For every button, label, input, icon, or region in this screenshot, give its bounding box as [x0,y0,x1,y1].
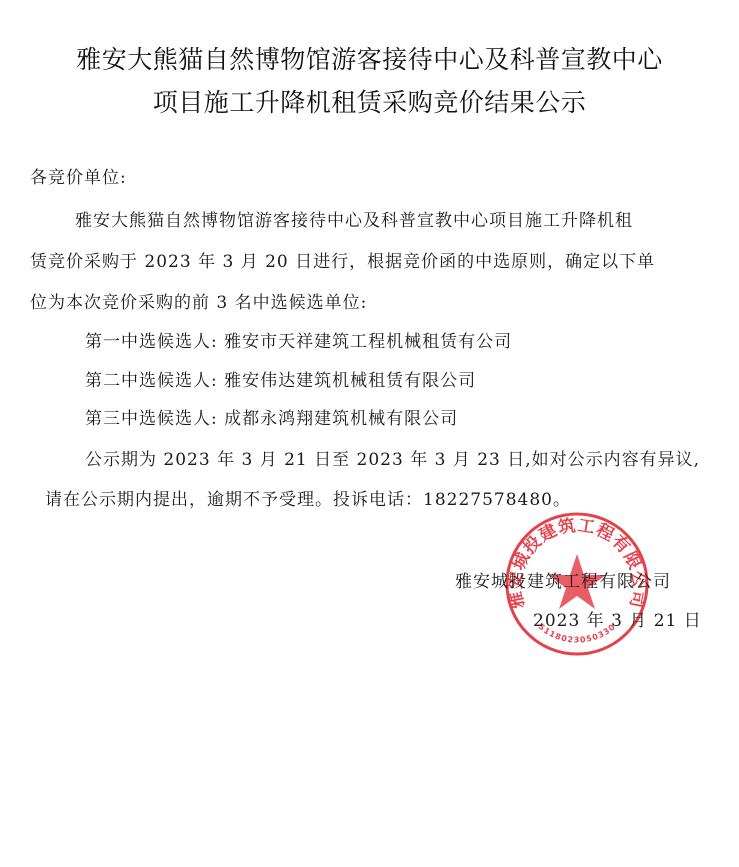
paragraph-1-line-3: 位为本次竞价采购的前 3 名中选候选单位: [30,288,367,313]
candidate-3-label: 第三中选候选人: [85,409,218,429]
signature-date: 2023 年 3 月 21 日 [533,606,702,631]
candidate-2: 第二中选候选人: 雅安伟达建筑机械租赁有限公司 [85,366,476,391]
paragraph-1-line-1: 雅安大熊猫自然博物馆游客接待中心及科普宣教中心项目施工升降机租 [75,206,633,231]
document-title-line-2: 项目施工升降机租赁采购竞价结果公示 [0,83,739,119]
candidate-3: 第三中选候选人: 成都永鸿翔建筑机械有限公司 [85,404,458,429]
candidate-2-label: 第二中选候选人: [85,371,218,391]
signer-company: 雅安城投建筑工程有限公司 [455,567,671,592]
paragraph-2-line-2: 请在公示期内提出，逾期不予受理。投诉电话：18227578480。 [45,485,571,510]
document-title-line-1: 雅安大熊猫自然博物馆游客接待中心及科普宣教中心 [0,40,739,76]
salutation: 各竞价单位: [30,163,127,188]
candidate-3-name: 成都永鸿翔建筑机械有限公司 [224,409,458,429]
candidate-2-name: 雅安伟达建筑机械租赁有限公司 [224,371,476,391]
candidate-1-name: 雅安市天祥建筑工程机械租赁有公司 [224,332,512,352]
svg-text:雅安城投建筑工程有限公司: 雅安城投建筑工程有限公司 [504,515,648,611]
candidate-1-label: 第一中选候选人: [85,332,218,352]
paragraph-2-line-1: 公示期为 2023 年 3 月 21 日至 2023 年 3 月 23 日,如对… [85,445,700,470]
paragraph-1-line-2: 赁竞价采购于 2023 年 3 月 20 日进行，根据竞价函的中选原则，确定以下… [30,247,655,272]
candidate-1: 第一中选候选人: 雅安市天祥建筑工程机械租赁有公司 [85,327,512,352]
